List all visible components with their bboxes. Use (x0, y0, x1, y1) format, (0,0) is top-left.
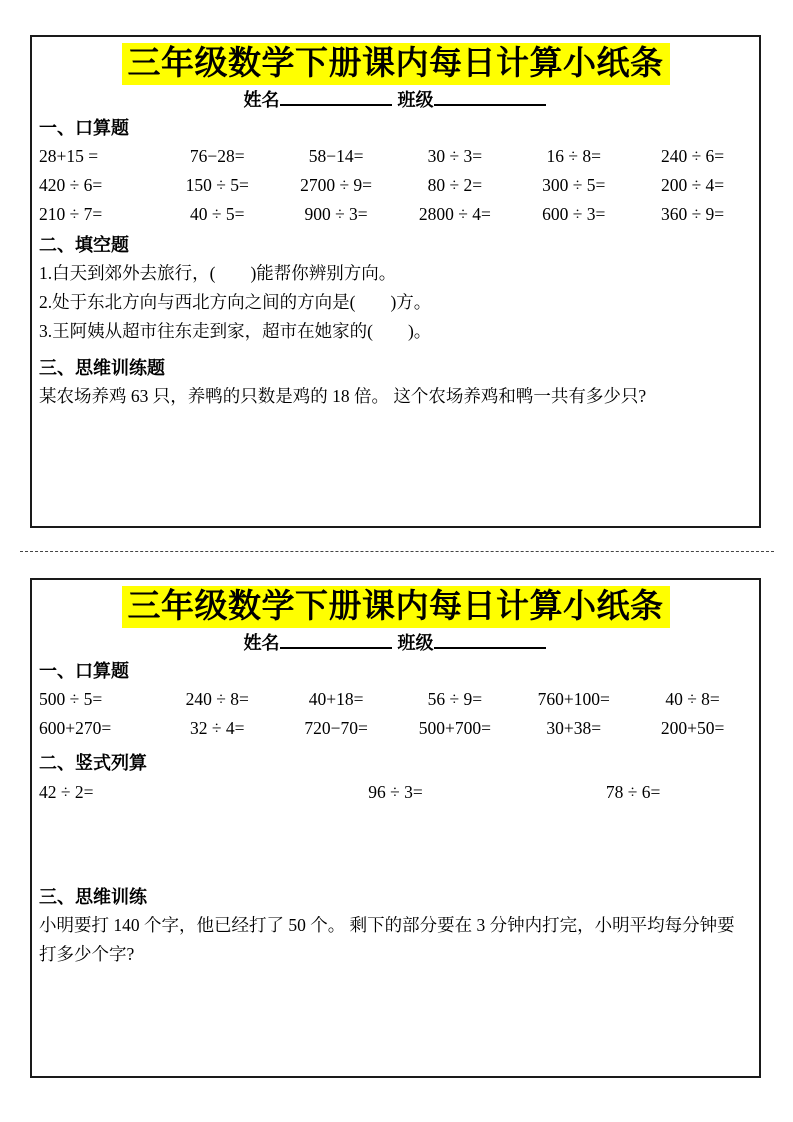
section-heading-oral: 一、口算题 (39, 116, 752, 140)
math-problem: 40+18= (277, 685, 396, 714)
section-heading-vertical: 二、竖式列算 (39, 751, 752, 775)
title-row: 三年级数学下册课内每日计算小纸条 (39, 586, 752, 628)
class-blank-field (434, 89, 546, 106)
name-blank-field (280, 89, 392, 106)
math-problem: 30+38= (514, 714, 633, 743)
worksheet-panel-1: 三年级数学下册课内每日计算小纸条 姓名班级 一、口算题 28+15 = 76−2… (30, 35, 761, 528)
math-problem: 300 ÷ 5= (514, 171, 633, 200)
math-problem: 30 ÷ 3= (396, 142, 515, 171)
math-problem: 600 ÷ 3= (514, 200, 633, 229)
math-problem: 32 ÷ 4= (158, 714, 277, 743)
math-problem: 56 ÷ 9= (396, 685, 515, 714)
name-label: 姓名 (244, 90, 280, 110)
math-problem: 28+15 = (39, 142, 158, 171)
name-class-line: 姓名班级 (39, 88, 752, 112)
word-problem-text: 小明要打 140 个字，他已经打了 50 个。 剩下的部分要在 3 分钟内打完，… (39, 911, 752, 969)
math-problem: 76−28= (158, 142, 277, 171)
name-label: 姓名 (244, 633, 280, 653)
math-problem: 58−14= (277, 142, 396, 171)
math-problem: 150 ÷ 5= (158, 171, 277, 200)
math-problem: 40 ÷ 5= (158, 200, 277, 229)
fill-blank-question: 3.王阿姨从超市往东走到家，超市在她家的( )。 (39, 317, 752, 346)
math-problem: 360 ÷ 9= (633, 200, 752, 229)
section-heading-thinking: 三、思维训练 (39, 885, 752, 909)
oral-problems-grid: 500 ÷ 5= 240 ÷ 8= 40+18= 56 ÷ 9= 760+100… (39, 685, 752, 743)
word-problem-text: 某农场养鸡 63 只，养鸭的只数是鸡的 18 倍。 这个农场养鸡和鸭一共有多少只… (39, 382, 752, 411)
math-problem: 240 ÷ 8= (158, 685, 277, 714)
math-problem: 210 ÷ 7= (39, 200, 158, 229)
math-problem: 760+100= (514, 685, 633, 714)
section-heading-fill: 二、填空题 (39, 233, 752, 257)
math-problem: 200 ÷ 4= (633, 171, 752, 200)
math-problem: 16 ÷ 8= (514, 142, 633, 171)
section-heading-thinking: 三、思维训练题 (39, 356, 752, 380)
oral-problems-grid: 28+15 = 76−28= 58−14= 30 ÷ 3= 16 ÷ 8= 24… (39, 142, 752, 229)
math-problem: 500+700= (396, 714, 515, 743)
math-problem: 78 ÷ 6= (514, 777, 752, 807)
math-problem: 420 ÷ 6= (39, 171, 158, 200)
math-problem: 2700 ÷ 9= (277, 171, 396, 200)
name-class-line: 姓名班级 (39, 631, 752, 655)
math-problem: 600+270= (39, 714, 158, 743)
math-problem: 900 ÷ 3= (277, 200, 396, 229)
class-blank-field (434, 632, 546, 649)
fill-blank-question: 2.处于东北方向与西北方向之间的方向是( )方。 (39, 288, 752, 317)
vertical-problems-grid: 42 ÷ 2= 96 ÷ 3= 78 ÷ 6= (39, 777, 752, 807)
math-problem: 80 ÷ 2= (396, 171, 515, 200)
worksheet-panel-2: 三年级数学下册课内每日计算小纸条 姓名班级 一、口算题 500 ÷ 5= 240… (30, 578, 761, 1078)
worksheet-title: 三年级数学下册课内每日计算小纸条 (122, 586, 670, 628)
name-blank-field (280, 632, 392, 649)
class-label: 班级 (398, 90, 434, 110)
math-problem: 200+50= (633, 714, 752, 743)
worksheet-title: 三年级数学下册课内每日计算小纸条 (122, 43, 670, 85)
cut-divider-line (20, 551, 774, 552)
section-heading-oral: 一、口算题 (39, 659, 752, 683)
math-problem: 720−70= (277, 714, 396, 743)
math-problem: 240 ÷ 6= (633, 142, 752, 171)
fill-blank-question: 1.白天到郊外去旅行，( )能帮你辨别方向。 (39, 259, 752, 288)
math-problem: 42 ÷ 2= (39, 777, 277, 807)
math-problem: 96 ÷ 3= (277, 777, 515, 807)
title-row: 三年级数学下册课内每日计算小纸条 (39, 43, 752, 85)
math-problem: 500 ÷ 5= (39, 685, 158, 714)
class-label: 班级 (398, 633, 434, 653)
math-problem: 40 ÷ 8= (633, 685, 752, 714)
math-problem: 2800 ÷ 4= (396, 200, 515, 229)
